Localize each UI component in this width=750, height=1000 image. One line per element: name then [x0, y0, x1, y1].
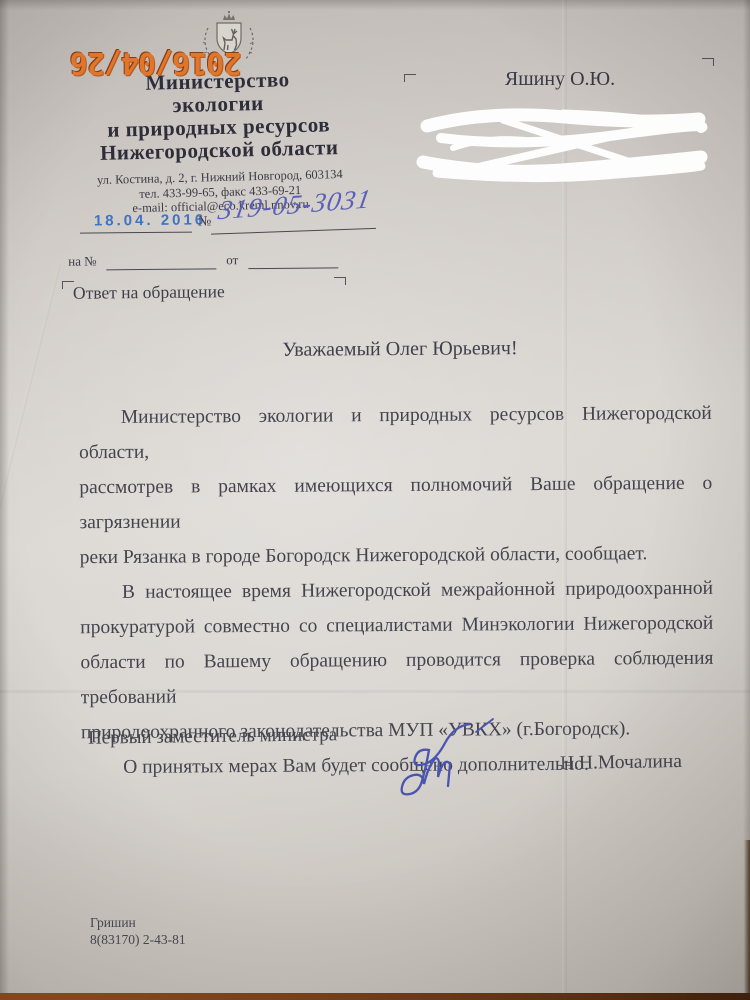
table-surface-corner — [744, 840, 750, 1000]
body-line: рассмотрев в рамках имеющихся полномочий… — [79, 466, 712, 540]
body-line: реки Рязанка в городе Богородск Нижегоро… — [80, 536, 713, 575]
body-line: Министерство экологии и природных ресурс… — [79, 396, 712, 470]
body-line: прокуратурой совместно со специалистами … — [80, 606, 713, 645]
salutation: Уважаемый Олег Юрьевич! — [80, 336, 720, 363]
subject-corner-mark-right — [334, 277, 346, 285]
table-surface-strip — [0, 993, 750, 1000]
executor-phone: 8(83170) 2-43-81 — [90, 932, 186, 948]
from-label: от — [226, 252, 238, 268]
photo-edge-top — [0, 0, 750, 10]
document-photo: 2016/04/26 Министерство экологии и приро… — [0, 0, 750, 1000]
body-line: В настоящее время Нижегородской межрайон… — [80, 571, 713, 610]
signer-name: Н.Н.Мочалина — [560, 751, 682, 775]
subject-line: Ответ на обращение — [73, 281, 225, 304]
body-line: области по Вашему обращению проводится п… — [80, 641, 713, 715]
reply-to-label: на № — [68, 253, 97, 269]
recipient-corner-mark-left — [404, 74, 416, 82]
photo-edge-left — [0, 0, 9, 1000]
recipient-corner-mark-right — [702, 58, 714, 66]
number-label: № — [198, 214, 211, 230]
signer-position: Первый заместитель министра — [88, 724, 337, 749]
redaction-scribble — [413, 100, 713, 185]
outgoing-date-stamp: 18.04. 2016 — [94, 211, 206, 229]
executor-name: Гришин — [90, 915, 136, 931]
camera-timestamp: 2016/04/26 — [58, 42, 254, 82]
signature-scribble — [398, 708, 518, 803]
recipient-name: Яшину О.Ю. — [480, 68, 640, 91]
paper-crease-horizontal — [0, 690, 750, 693]
